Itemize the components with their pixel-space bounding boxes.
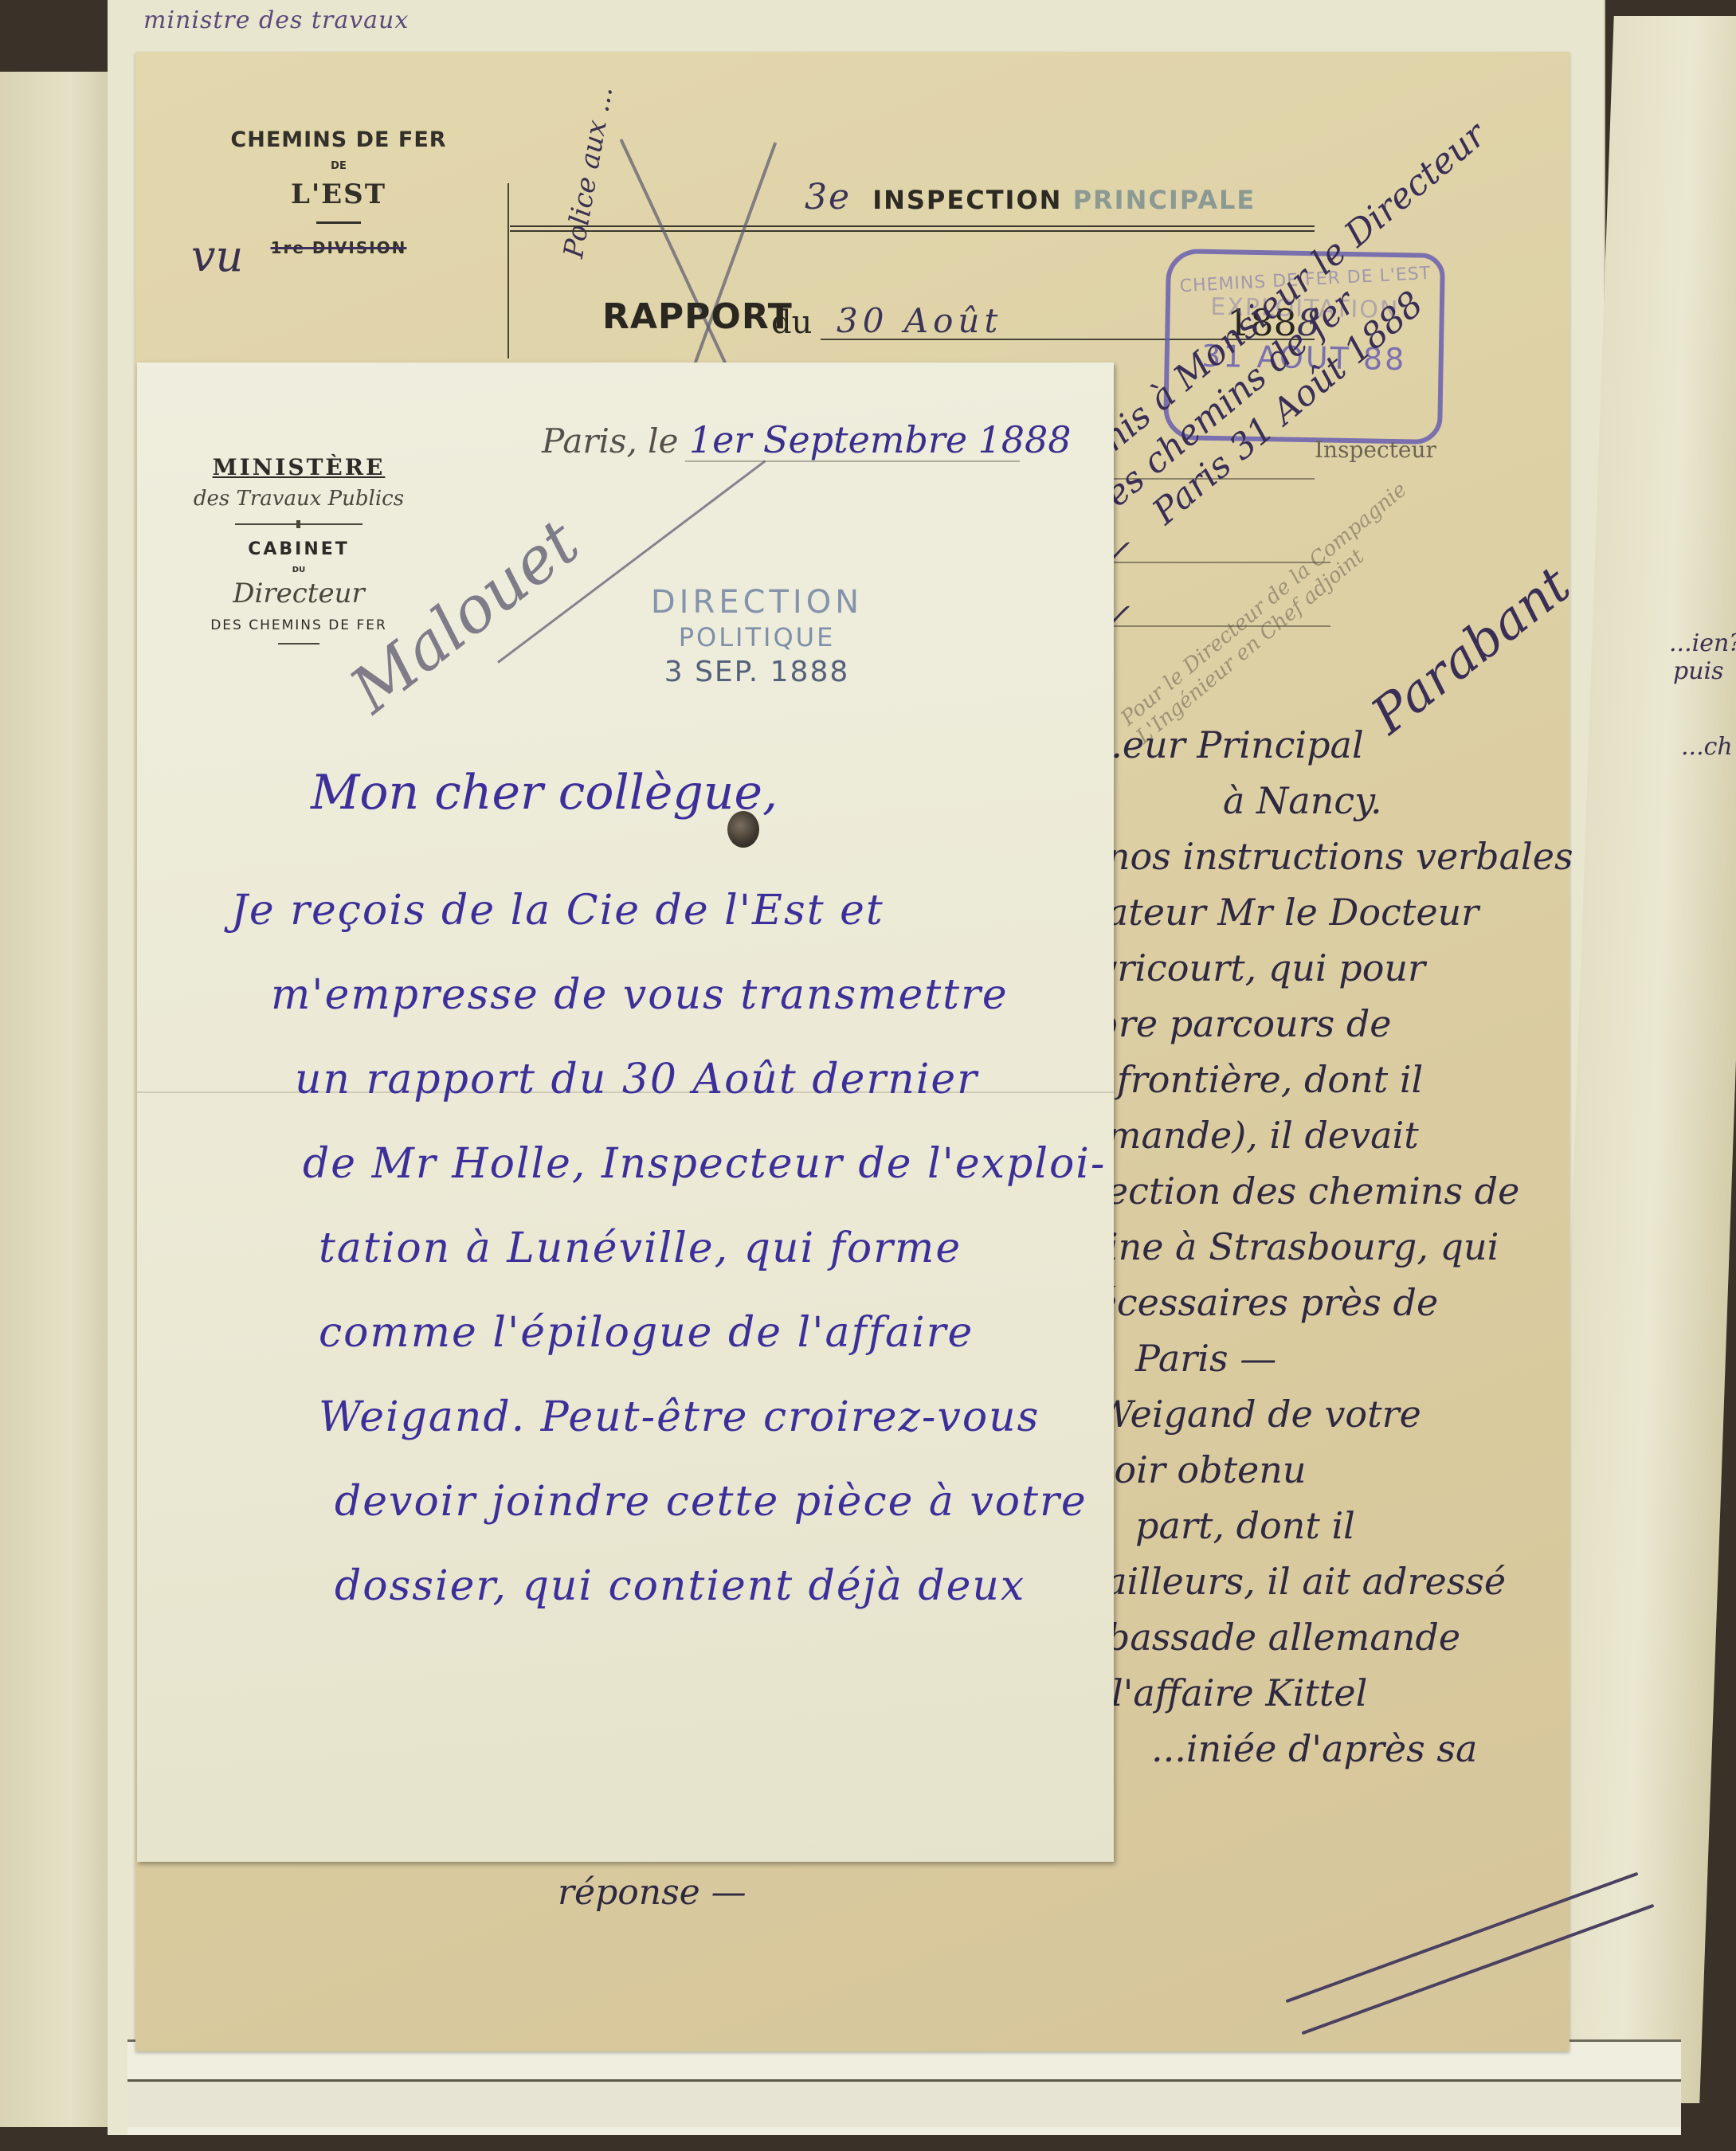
- letter-line: Weigand. Peut-être croirez-vous: [319, 1375, 1091, 1459]
- letter-body: Mon cher collègue, Je reçois de la Cie d…: [231, 765, 1091, 1628]
- rapport-body-text: ...eur Principal à Nancy. ...nos instruc…: [1072, 717, 1581, 1777]
- top-handwritten-note: ministre des travaux: [143, 6, 409, 34]
- inspection-number: 3e: [805, 177, 851, 217]
- company-name-line2: DE: [191, 160, 486, 172]
- rapport-line: avoir obtenu: [1072, 1442, 1581, 1498]
- company-name-line3: L'EST: [191, 178, 486, 210]
- rapport-line: ...ection des chemins de: [1072, 1163, 1581, 1219]
- rapport-line: : Weigand de votre: [1072, 1386, 1581, 1442]
- rapport-du-label: du: [771, 304, 812, 341]
- inspection-label-faded: PRINCIPALE: [1073, 185, 1256, 215]
- side-sheet-fragment: ...ien?: [1669, 629, 1736, 657]
- letter-line: tation à Lunéville, qui forme: [319, 1206, 1091, 1291]
- stamp-line2: POLITIQUE: [617, 622, 896, 652]
- letter-line: un rapport du 30 Août dernier: [295, 1037, 1091, 1122]
- rapport-line: ...mande), il devait: [1072, 1107, 1581, 1163]
- letterhead-ministry-sub: des Travaux Publics: [163, 487, 434, 511]
- rapport-closing-line: réponse —: [558, 1872, 747, 1913]
- header-divider: [507, 183, 509, 358]
- double-rule: [510, 225, 1315, 232]
- inspection-header: 3e INSPECTION PRINCIPALE: [805, 177, 1256, 217]
- rapport-line: l'affaire Kittel: [1111, 1665, 1581, 1721]
- rapport-line: ...eur Principal: [1087, 717, 1581, 773]
- stamp-date: 3 SEP. 1888: [617, 656, 896, 688]
- letterhead-du: DU: [163, 566, 434, 574]
- rapport-line: Avricourt, qui pour: [1072, 940, 1581, 996]
- letter-date: Paris, le 1er Septembre 1888: [542, 418, 1072, 461]
- inspecteur-label: Inspecteur: [1315, 437, 1436, 463]
- direction-politique-stamp: DIRECTION POLITIQUE 3 SEP. 1888: [617, 584, 896, 688]
- letter-date-day: 1er Septembre: [689, 418, 967, 461]
- letterhead-ornament: [278, 643, 319, 645]
- letter-date-line: [685, 460, 1020, 462]
- letter-date-year: 1888: [978, 418, 1071, 461]
- rapport-line: ...iniée d'après sa: [1151, 1721, 1581, 1777]
- rapport-date: 30 Août: [837, 301, 1002, 340]
- rapport-line: libre parcours de: [1072, 996, 1581, 1052]
- side-sheet-fragment: ...ch: [1681, 733, 1733, 761]
- margin-annotation-vu: vu: [191, 231, 243, 281]
- letterhead-ornament: [235, 523, 362, 525]
- rapport-line: nécessaires près de: [1072, 1275, 1581, 1330]
- rapport-line: d'ailleurs, il ait adressé: [1072, 1553, 1581, 1609]
- rapport-line: ...ine à Strasbourg, qui: [1072, 1219, 1581, 1275]
- header-rule: [316, 221, 361, 224]
- rapport-line: ...ateur Mr le Docteur: [1072, 884, 1581, 940]
- side-sheet-fragment: puis: [1673, 657, 1724, 685]
- rapport-line: part, dont il: [1135, 1498, 1581, 1553]
- letter-line: m'empresse de vous transmettre: [271, 953, 1091, 1037]
- letter-date-prefix: Paris, le: [542, 421, 678, 460]
- rapport-line: Paris —: [1135, 1330, 1581, 1386]
- letter-line: dossier, qui contient déjà deux: [335, 1544, 1091, 1628]
- letter-line: devoir joindre cette pièce à votre: [335, 1459, 1091, 1544]
- company-name-line1: CHEMINS DE FER: [191, 127, 486, 152]
- letter-line: Je reçois de la Cie de l'Est et: [231, 868, 1091, 953]
- rapport-line: ...nos instructions verbales: [1072, 829, 1581, 884]
- letter-greeting: Mon cher collègue,: [311, 765, 1091, 821]
- letterhead-cabinet: CABINET: [163, 539, 434, 559]
- letterhead: MINISTÈRE des Travaux Publics CABINET DU…: [163, 454, 434, 645]
- rapport-line: à Nancy.: [1223, 773, 1581, 829]
- folder-left-edge: [0, 72, 120, 2127]
- letter-line: de Mr Holle, Inspecteur de l'exploi-: [303, 1122, 1091, 1206]
- inspection-label: INSPECTION: [872, 185, 1062, 215]
- rapport-title: RAPPORT: [602, 296, 793, 337]
- stamp-line1: DIRECTION: [617, 584, 896, 621]
- rapport-line: la frontière, dont il: [1072, 1052, 1581, 1107]
- stacked-sheet-edge-lower: [127, 2079, 1681, 2127]
- letter-line: comme l'épilogue de l'affaire: [319, 1291, 1091, 1375]
- rapport-line: ...bassade allemande: [1072, 1609, 1581, 1665]
- letterhead-ministry: MINISTÈRE: [163, 454, 434, 480]
- letterhead-directeur: Directeur: [163, 578, 434, 609]
